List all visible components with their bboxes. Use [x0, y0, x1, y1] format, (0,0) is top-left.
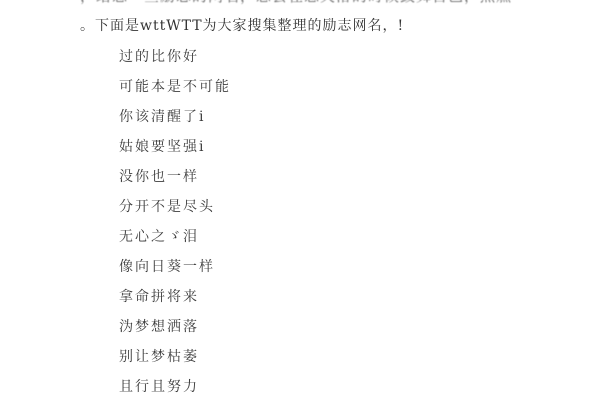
nickname-list: 过的比你好 可能本是不可能 你该清醒了i 姑娘要坚强i 没你也一样 分开不是尽头… — [119, 47, 231, 400]
list-item: 过的比你好 — [119, 47, 231, 77]
list-item: 别让梦枯萎 — [119, 347, 231, 377]
list-item: 像向日葵一样 — [119, 257, 231, 287]
list-item: 无心之ゞ泪 — [119, 227, 231, 257]
list-item: 可能本是不可能 — [119, 77, 231, 107]
list-item: 拿命拼将来 — [119, 287, 231, 317]
list-item: 且行且努力 — [119, 377, 231, 400]
cut-off-text-line: ，给您一些励志的网名，总会在您失落的时候鼓舞自己，点燃斗志希望能帮助到大家 — [80, 0, 520, 4]
list-item: 沩梦想洒落 — [119, 317, 231, 347]
document-page: ，给您一些励志的网名，总会在您失落的时候鼓舞自己，点燃斗志希望能帮助到大家 。下… — [0, 0, 600, 400]
list-item: 你该清醒了i — [119, 107, 231, 137]
intro-paragraph: 。下面是wttWTT为大家搜集整理的励志网名，! — [80, 17, 404, 35]
list-item: 没你也一样 — [119, 167, 231, 197]
list-item: 分开不是尽头 — [119, 197, 231, 227]
list-item: 姑娘要坚强i — [119, 137, 231, 167]
